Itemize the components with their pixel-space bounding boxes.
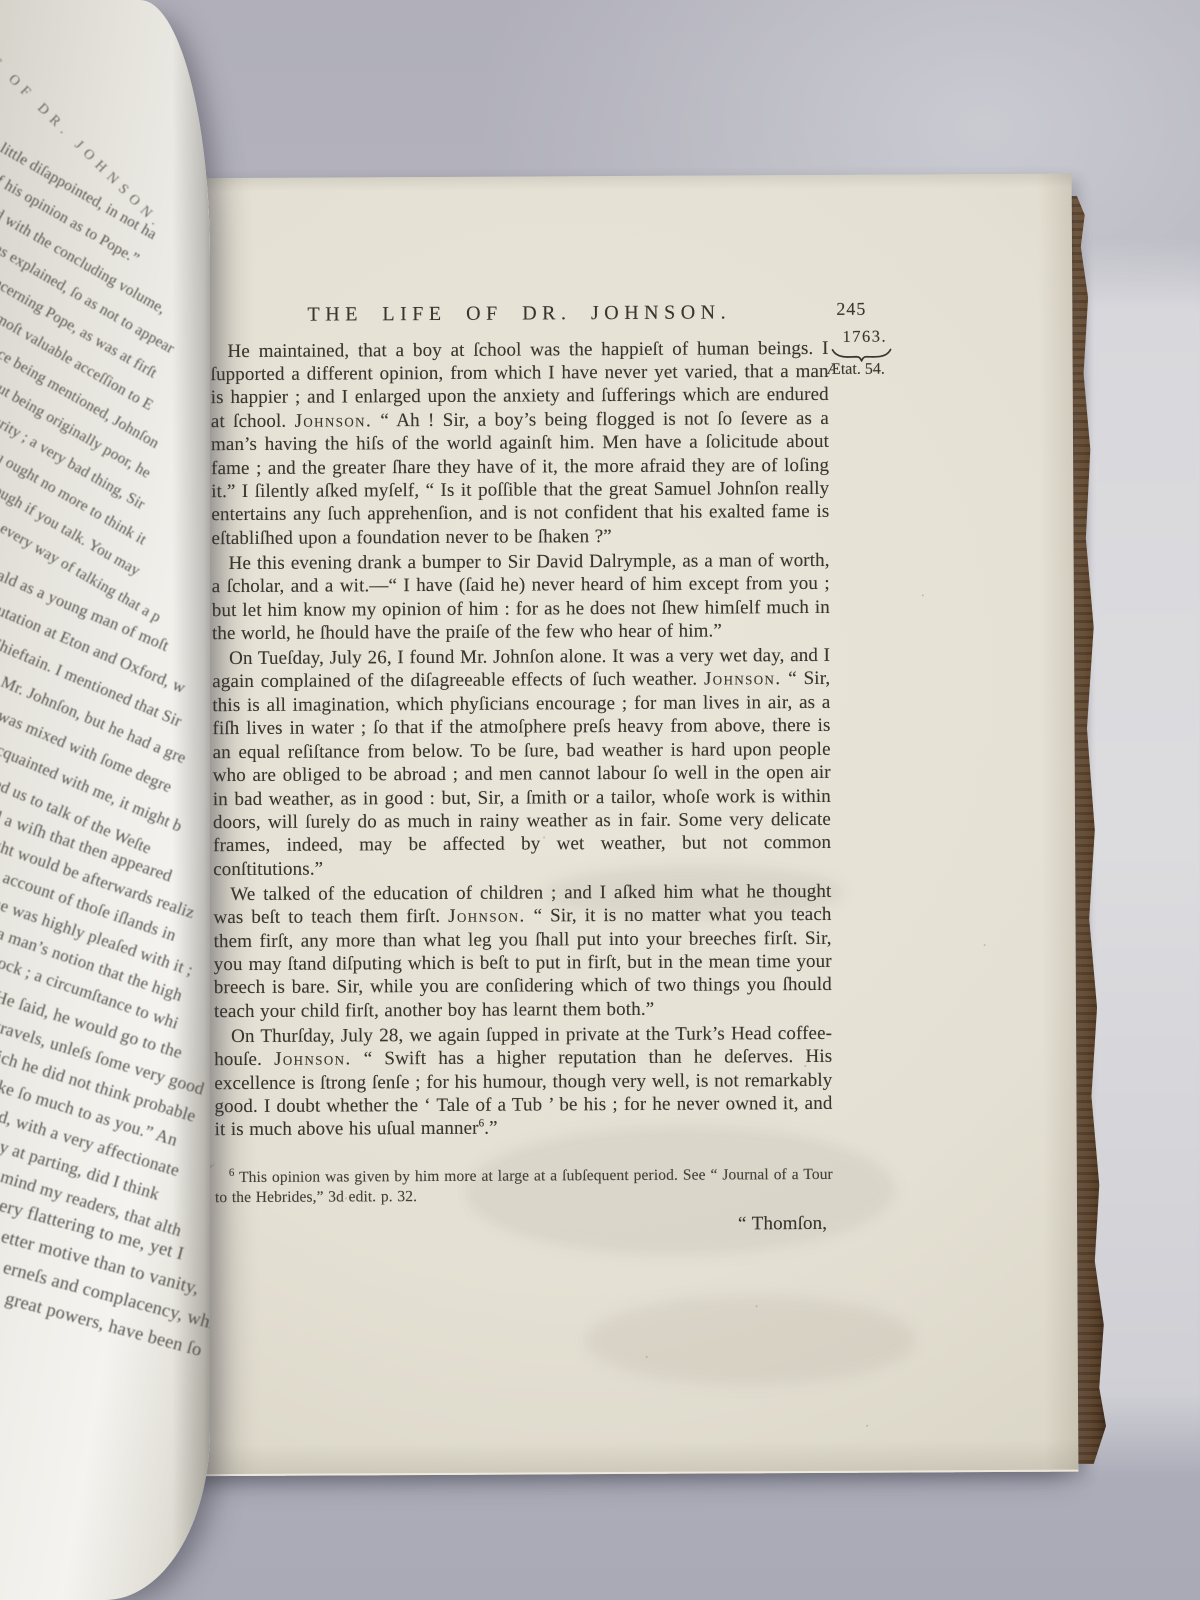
body-text: He maintained, that a boy at ſchool was … [210, 335, 832, 1142]
body-paragraph: On Thurſday, July 28, we again ſupped in… [214, 1020, 833, 1142]
body-paragraph: He maintained, that a boy at ſchool was … [210, 335, 829, 550]
body-paragraph: On Tueſday, July 26, I found Mr. Johnſon… [212, 642, 831, 881]
text-column: He maintained, that a boy at ſchool was … [210, 335, 833, 1239]
catchword: “ Thomſon, [215, 1212, 833, 1239]
footnote: 6 This opinion was given by him more at … [215, 1165, 833, 1209]
background-light-band [1088, 238, 1200, 1478]
margin-aetat: Ætat. 54. [827, 360, 935, 379]
book-page-left-curled: FE OF DR. JOHNSON. a little diſappointed… [0, 0, 210, 1600]
margin-notes: 1763. Ætat. 54. [826, 326, 934, 379]
page-header-title: THE LIFE OF DR. JOHNSON. [307, 301, 731, 325]
body-paragraph: He this evening drank a bumper to Sir Da… [212, 547, 830, 645]
body-paragraph: We talked of the education of children ;… [213, 878, 832, 1023]
book-page-right: THE LIFE OF DR. JOHNSON. 245 1763. Ætat.… [160, 174, 1079, 1477]
footnote-text: 6 This opinion was given by him more at … [215, 1166, 833, 1207]
page-number: 245 [836, 299, 866, 320]
under-brace-icon [830, 347, 892, 362]
show-through-smudge [585, 1294, 915, 1386]
margin-year: 1763. [826, 326, 934, 347]
left-page-text: FE OF DR. JOHNSON. a little diſappointed… [0, 0, 210, 1600]
running-head: THE LIFE OF DR. JOHNSON. [210, 301, 828, 327]
photo-scene: THE LIFE OF DR. JOHNSON. 245 1763. Ætat.… [0, 0, 1200, 1600]
